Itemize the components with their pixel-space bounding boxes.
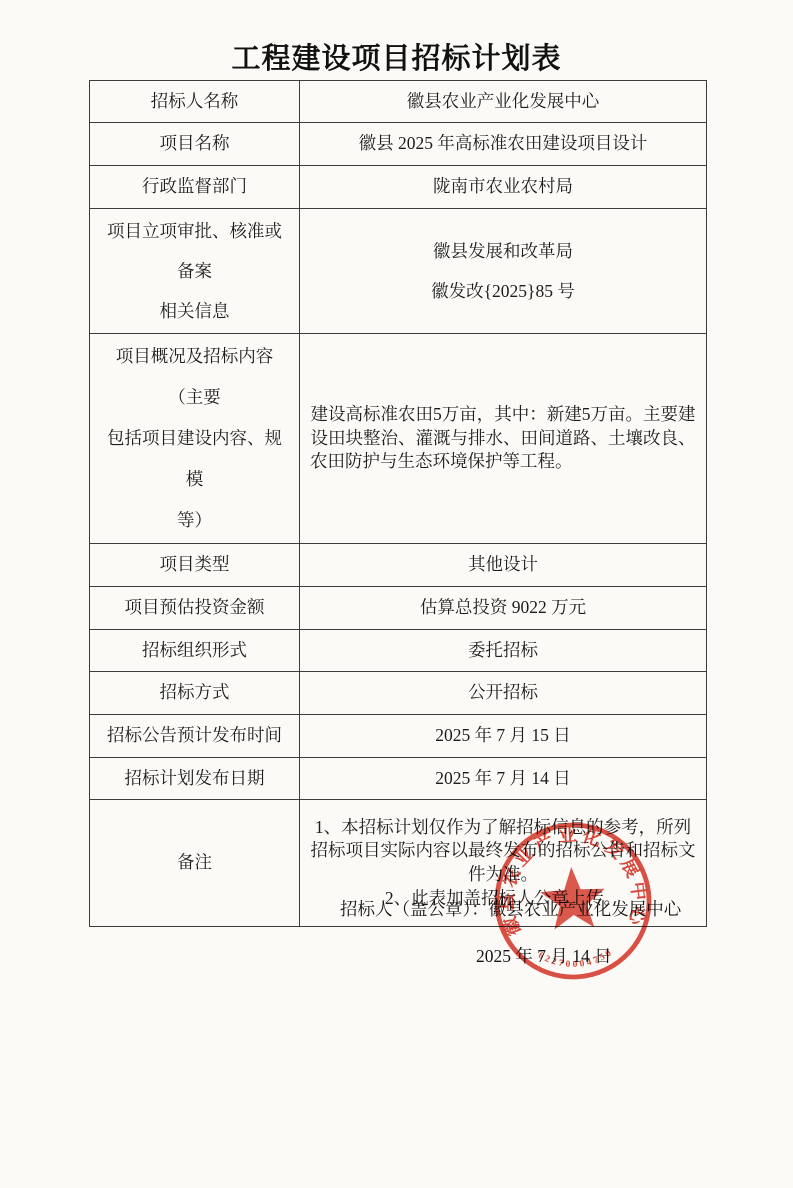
row-label: 项目类型 (90, 544, 300, 587)
label-line: 项目立项审批、核准或备案 (100, 211, 289, 291)
value-line: 徽县发展和改革局 (310, 231, 696, 271)
row-value: 陇南市农业农村局 (300, 166, 707, 209)
table-row: 行政监督部门 陇南市农业农村局 (90, 166, 707, 209)
row-label: 行政监督部门 (90, 166, 300, 209)
table-row: 项目立项审批、核准或备案 相关信息 徽县发展和改革局 徽发改{2025}85 号 (90, 209, 707, 334)
row-label: 项目概况及招标内容（主要 包括项目建设内容、规模 等） (90, 334, 300, 544)
document-page: 工程建设项目招标计划表 招标人名称 徽县农业产业化发展中心 项目名称 徽县 20… (0, 0, 793, 1188)
label-line: 等） (100, 500, 289, 541)
official-seal: 徽县农业产业化发展中心 62270004750 (467, 795, 679, 1007)
row-value: 估算总投资 9022 万元 (300, 587, 707, 630)
row-label: 招标方式 (90, 672, 300, 715)
row-value: 徽县农业产业化发展中心 (300, 81, 707, 123)
row-value: 2025 年 7 月 15 日 (300, 715, 707, 758)
row-label: 招标组织形式 (90, 630, 300, 672)
value-line: 徽发改{2025}85 号 (310, 271, 696, 311)
row-label: 项目预估投资金额 (90, 587, 300, 630)
table-row: 项目概况及招标内容（主要 包括项目建设内容、规模 等） 建设高标准农田5万亩，其… (90, 334, 707, 544)
row-value: 委托招标 (300, 630, 707, 672)
row-label: 招标人名称 (90, 81, 300, 123)
table-row: 招标公告预计发布时间 2025 年 7 月 15 日 (90, 715, 707, 758)
star-icon (539, 865, 607, 930)
table-row: 招标方式 公开招标 (90, 672, 707, 715)
row-value: 徽县 2025 年高标准农田建设项目设计 (300, 123, 707, 166)
row-label: 招标公告预计发布时间 (90, 715, 300, 758)
row-label: 项目立项审批、核准或备案 相关信息 (90, 209, 300, 334)
row-value: 其他设计 (300, 544, 707, 587)
row-label: 项目名称 (90, 123, 300, 166)
row-value: 2025 年 7 月 14 日 (300, 758, 707, 800)
label-line: 包括项目建设内容、规模 (100, 418, 289, 500)
label-line: 项目概况及招标内容（主要 (100, 336, 289, 418)
table-row: 招标计划发布日期 2025 年 7 月 14 日 (90, 758, 707, 800)
table-row: 项目预估投资金额 估算总投资 9022 万元 (90, 587, 707, 630)
row-label: 招标计划发布日期 (90, 758, 300, 800)
page-title: 工程建设项目招标计划表 (0, 36, 793, 77)
table-row: 项目名称 徽县 2025 年高标准农田建设项目设计 (90, 123, 707, 166)
table-row: 招标人名称 徽县农业产业化发展中心 (90, 81, 707, 123)
table-row: 项目类型 其他设计 (90, 544, 707, 587)
row-value: 公开招标 (300, 672, 707, 715)
row-value: 建设高标准农田5万亩，其中：新建5万亩。主要建设田块整治、灌溉与排水、田间道路、… (300, 334, 707, 544)
row-value: 徽县发展和改革局 徽发改{2025}85 号 (300, 209, 707, 334)
label-line: 相关信息 (100, 291, 289, 331)
table-row: 招标组织形式 委托招标 (90, 630, 707, 672)
row-label: 备注 (90, 800, 300, 927)
